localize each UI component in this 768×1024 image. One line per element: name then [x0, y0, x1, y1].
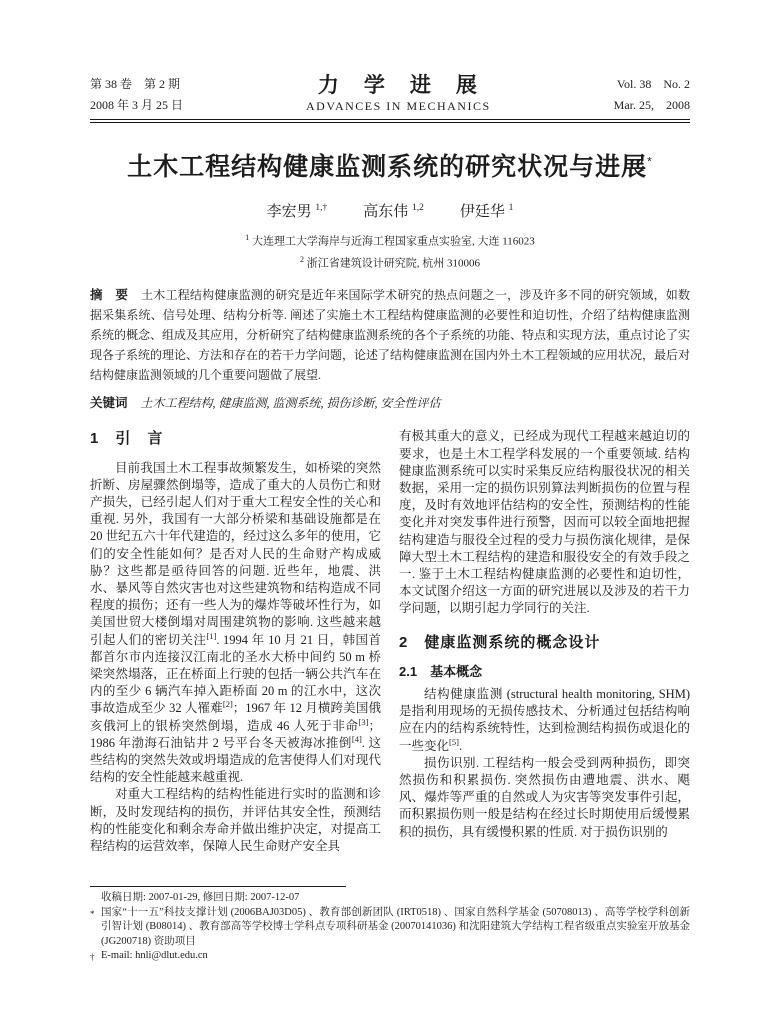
- left-column: 1 引 言 目前我国土木工程事故频繁发生，如桥梁的突然折断、房屋骤然倒塌等，造成…: [90, 428, 381, 880]
- paragraph-text: .: [459, 739, 462, 753]
- affiliation: 2 浙江省建筑设计研究院, 杭州 310006: [90, 251, 690, 273]
- affiliation: 1 大连理工大学海岸与近海工程国家重点实验室, 大连 116023: [90, 229, 690, 251]
- reference-mark: [5]: [449, 736, 459, 746]
- intro-paragraph-2: 对重大工程结构的结构性能进行实时的监测和诊断，及时发现结构的损伤，并评估其安全性…: [90, 786, 381, 855]
- author-name: 伊廷华: [460, 204, 505, 220]
- journal-header-right: Vol. 38 No. 2 Mar. 25, 2008: [614, 74, 690, 116]
- footnote-received-dates: 收稿日期: 2007-01-29, 修回日期: 2007-12-07: [90, 891, 690, 906]
- journal-volume-issue-cn: 第 38 卷 第 2 期: [90, 74, 183, 95]
- keywords-text: 土木工程结构, 健康监测, 监测系统, 损伤诊断, 安全性评估: [141, 396, 441, 410]
- author: 高东伟 1,2: [363, 200, 424, 221]
- abstract-text: 土木工程结构健康监测的研究是近年来国际学术研究的热点问题之一，涉及许多不同的研究…: [90, 288, 690, 382]
- paragraph-text: 结构健康监测 (structural health monitoring, SH…: [399, 687, 690, 753]
- body-columns: 1 引 言 目前我国土木工程事故频繁发生，如桥梁的突然折断、房屋骤然倒塌等，造成…: [90, 428, 690, 880]
- keywords-label: 关键词: [90, 396, 128, 410]
- author-name: 李宏男: [267, 204, 312, 220]
- intro-paragraph-1: 目前我国土木工程事故频繁发生，如桥梁的突然折断、房屋骤然倒塌等，造成了重大的人员…: [90, 460, 381, 787]
- journal-title-cn: 力 学 进 展: [306, 74, 491, 97]
- footnotes: 收稿日期: 2007-01-29, 修回日期: 2007-12-07 * 国家“…: [90, 891, 690, 965]
- reference-mark: [3]: [359, 716, 369, 726]
- author-superscript: 1,2: [412, 203, 424, 213]
- author-name: 高东伟: [363, 204, 408, 220]
- reference-mark: [2]: [223, 699, 233, 709]
- reference-mark: [1]: [206, 630, 216, 640]
- reference-mark: [4]: [352, 734, 362, 744]
- header-double-rule: [90, 119, 690, 123]
- damage-identification-paragraph: 损伤识别. 工程结构一般会受到两种损伤，即突然损伤和积累损伤. 突然损伤由遭地震…: [399, 755, 690, 841]
- journal-header-left: 第 38 卷 第 2 期 2008 年 3 月 25 日: [90, 74, 183, 116]
- journal-title-en: ADVANCES IN MECHANICS: [306, 97, 491, 116]
- keywords: 关键词土木工程结构, 健康监测, 监测系统, 损伤诊断, 安全性评估: [90, 394, 690, 412]
- intro-paragraph-2-continuation: 有极其重大的意义，已经成为现代工程越来越迫切的要求，也是土木工程学科发展的一个重…: [399, 428, 690, 617]
- journal-date-en: Mar. 25, 2008: [614, 95, 690, 116]
- affiliation-text: 浙江省建筑设计研究院, 杭州 310006: [307, 257, 480, 269]
- journal-date-cn: 2008 年 3 月 25 日: [90, 95, 183, 116]
- affiliations: 1 大连理工大学海岸与近海工程国家重点实验室, 大连 116023 2 浙江省建…: [90, 229, 690, 272]
- affiliation-superscript: 2: [300, 255, 304, 264]
- section-heading-introduction: 1 引 言: [90, 430, 381, 447]
- abstract-label: 摘 要: [90, 288, 128, 302]
- author: 李宏男 1,†: [267, 200, 328, 221]
- concept-paragraph: 结构健康监测 (structural health monitoring, SH…: [399, 686, 690, 755]
- footnote-funding-mark: *: [90, 906, 101, 950]
- authors-row: 李宏男 1,† 高东伟 1,2 伊廷华 1: [90, 200, 690, 221]
- footnote-funding-text: 国家“十一五”科技支撑计划 (2006BAJ03D05) 、教育部创新团队 (I…: [101, 906, 690, 950]
- journal-volume-issue-en: Vol. 38 No. 2: [614, 74, 690, 95]
- journal-header-center: 力 学 进 展 ADVANCES IN MECHANICS: [306, 74, 491, 116]
- paper-page: 第 38 卷 第 2 期 2008 年 3 月 25 日 力 学 进 展 ADV…: [0, 0, 768, 1024]
- section-heading-concept-design: 2 健康监测系统的概念设计: [399, 634, 690, 651]
- subsection-heading-basic-concepts: 2.1 基本概念: [399, 663, 690, 680]
- journal-header: 第 38 卷 第 2 期 2008 年 3 月 25 日 力 学 进 展 ADV…: [90, 74, 690, 116]
- author: 伊廷华 1: [460, 200, 514, 221]
- affiliation-superscript: 1: [245, 233, 249, 242]
- footnote-funding: * 国家“十一五”科技支撑计划 (2006BAJ03D05) 、教育部创新团队 …: [90, 906, 690, 950]
- author-superscript: 1,†: [315, 203, 327, 213]
- footnote-email: † E-mail: hnli@dlut.edu.cn: [90, 949, 690, 965]
- paper-title-text: 土木工程结构健康监测系统的研究状况与进展: [127, 153, 647, 181]
- title-footnote-mark: *: [647, 155, 653, 169]
- right-column: 有极其重大的意义，已经成为现代工程越来越迫切的要求，也是土木工程学科发展的一个重…: [399, 428, 690, 880]
- paragraph-text: 目前我国土木工程事故频繁发生，如桥梁的突然折断、房屋骤然倒塌等，造成了重大的人员…: [90, 461, 381, 647]
- author-superscript: 1: [509, 203, 514, 213]
- footnote-rule: [90, 886, 346, 887]
- footnote-email-text: E-mail: hnli@dlut.edu.cn: [101, 949, 690, 965]
- affiliation-text: 大连理工大学海岸与近海工程国家重点实验室, 大连 116023: [252, 236, 535, 248]
- abstract: 摘 要土木工程结构健康监测的研究是近年来国际学术研究的热点问题之一，涉及许多不同…: [90, 285, 690, 385]
- footnote-email-mark: †: [90, 949, 101, 965]
- paper-title: 土木工程结构健康监测系统的研究状况与进展*: [90, 147, 690, 183]
